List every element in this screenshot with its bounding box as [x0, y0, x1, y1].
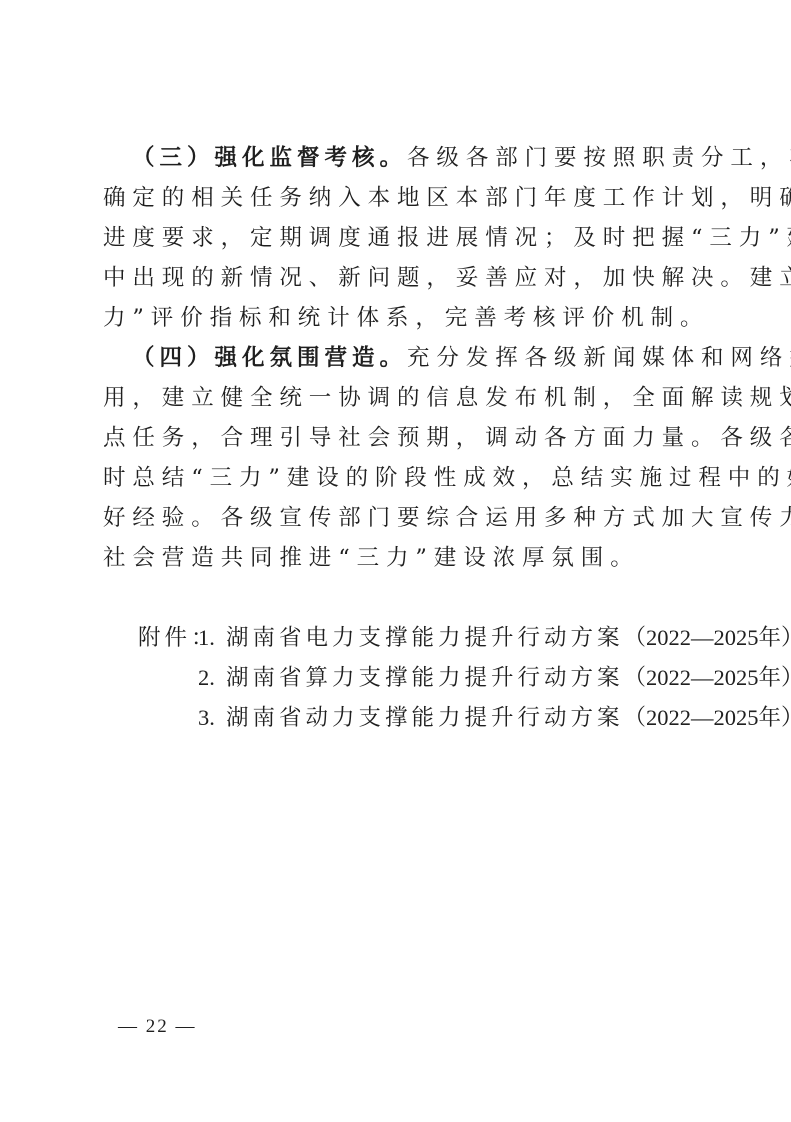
section-3-text: 各级各部门要按照职责分工，将规划	[407, 145, 791, 171]
section-4-line: 点任务，合理引导社会预期，调动各方面力量。各级各部门要及	[103, 418, 695, 458]
section-3-line: 进度要求，定期调度通报进展情况；及时把握“三力”建设过程	[103, 218, 695, 258]
attachment-item: 2. 湖南省算力支撑能力提升行动方案（2022—2025年）	[198, 658, 791, 698]
section-3-heading: （三）强化监督考核。	[132, 145, 407, 171]
section-3-line: 中出现的新情况、新问题，妥善应对，加快解决。建立健全“三	[103, 258, 695, 298]
attachment-number: 3.	[198, 705, 215, 730]
document-page: （三）强化监督考核。各级各部门要按照职责分工，将规划 确定的相关任务纳入本地区本…	[0, 0, 791, 1122]
section-4-first-line: （四）强化氛围营造。充分发挥各级新闻媒体和网络媒体作	[132, 338, 695, 378]
section-3-first-line: （三）强化监督考核。各级各部门要按照职责分工，将规划	[132, 138, 695, 178]
attachment-years: （2022—2025年）	[624, 625, 791, 650]
attachment-number: 2.	[198, 665, 215, 690]
section-3-line: 确定的相关任务纳入本地区本部门年度工作计划，明确责任人和	[103, 178, 695, 218]
section-4-text: 充分发挥各级新闻媒体和网络媒体作	[407, 345, 791, 371]
attachment-item: 3. 湖南省动力支撑能力提升行动方案（2022—2025年）	[198, 698, 791, 738]
section-4-line: 时总结“三力”建设的阶段性成效，总结实施过程中的好做法、	[103, 458, 695, 498]
attachment-title: 湖南省算力支撑能力提升行动方案	[226, 665, 624, 691]
attachment-years: （2022—2025年）	[624, 665, 791, 690]
section-4-line: 好经验。各级宣传部门要综合运用多种方式加大宣传力度，在全	[103, 498, 695, 538]
section-4-line: 用，建立健全统一协调的信息发布机制，全面解读规划目标和重	[103, 378, 695, 418]
attachment-number: 1.	[198, 625, 215, 650]
section-4-line: 社会营造共同推进“三力”建设浓厚氛围。	[103, 538, 695, 578]
section-3-line: 力”评价指标和统计体系，完善考核评价机制。	[103, 298, 695, 338]
attachment-title: 湖南省动力支撑能力提升行动方案	[226, 705, 624, 731]
attachment-title: 湖南省电力支撑能力提升行动方案	[226, 625, 624, 651]
page-number: — 22 —	[118, 1012, 197, 1042]
attachment-years: （2022—2025年）	[624, 705, 791, 730]
attachment-item: 1. 湖南省电力支撑能力提升行动方案（2022—2025年）	[198, 618, 791, 658]
section-4-heading: （四）强化氛围营造。	[132, 345, 407, 371]
